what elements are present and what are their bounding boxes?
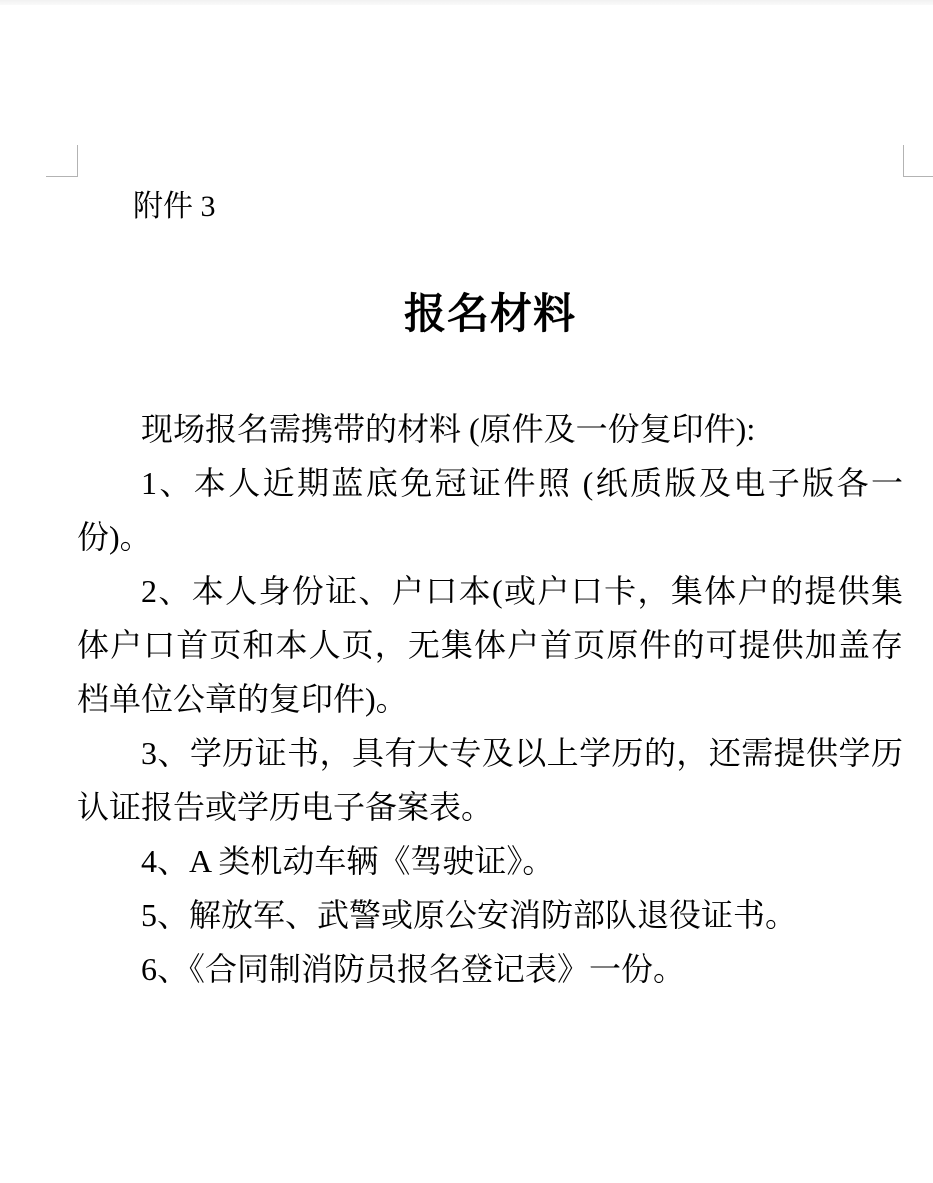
list-item: 4、A 类机动车辆《驾驶证》。	[77, 834, 903, 888]
list-item: 3、学历证书，具有大专及以上学历的，还需提供学历认证报告或学历电子备案表。	[77, 726, 903, 834]
page-content: 附件 3 报名材料 现场报名需携带的材料 (原件及一份复印件): 1、本人近期蓝…	[77, 0, 903, 996]
list-item: 2、本人身份证、户口本(或户口卡，集体户的提供集体户口首页和本人页，无集体户首页…	[77, 564, 903, 726]
list-item: 5、解放军、武警或原公安消防部队退役证书。	[77, 888, 903, 942]
body-text: 现场报名需携带的材料 (原件及一份复印件): 1、本人近期蓝底免冠证件照 (纸质…	[77, 402, 903, 996]
margin-corner-mark-left	[46, 145, 78, 177]
margin-corner-mark-right	[903, 145, 933, 177]
annex-label: 附件 3	[77, 188, 903, 226]
list-item: 6、《合同制消防员报名登记表》一份。	[77, 942, 903, 996]
list-item: 1、本人近期蓝底免冠证件照 (纸质版及电子版各一份)。	[77, 456, 903, 564]
document-page: 附件 3 报名材料 现场报名需携带的材料 (原件及一份复印件): 1、本人近期蓝…	[0, 0, 933, 1183]
page-title: 报名材料	[77, 288, 903, 340]
intro-paragraph: 现场报名需携带的材料 (原件及一份复印件):	[77, 402, 903, 456]
